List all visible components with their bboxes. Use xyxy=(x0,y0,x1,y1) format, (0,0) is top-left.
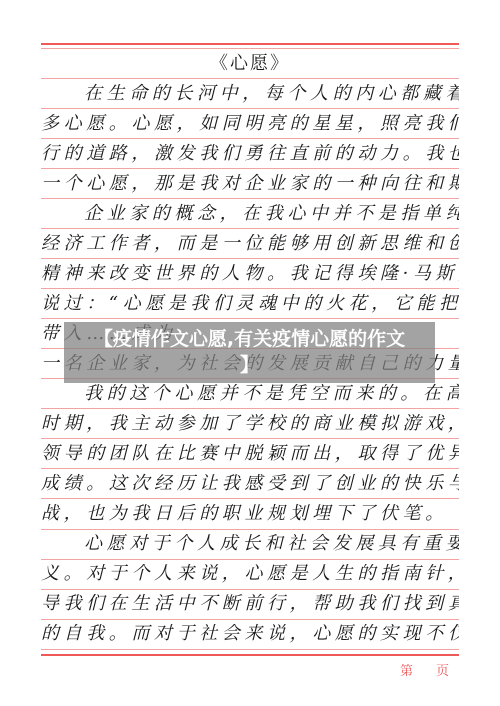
text-line: 在生命的长河中，每个人的内心都藏着许 xyxy=(41,79,459,109)
text-line: 导我们在生活中不断前行，帮助我们找到真正 xyxy=(41,589,459,619)
text-line: 成绩。这次经历让我感受到了创业的快乐与挑 xyxy=(41,469,459,499)
bottom-border-thin xyxy=(41,649,459,650)
essay-title: 《心愿》 xyxy=(41,50,459,78)
text-line: 我的这个心愿并不是凭空而来的。在高中 xyxy=(41,379,459,409)
page-label-page: 页 xyxy=(436,660,449,679)
text-line: 领导的团队在比赛中脱颖而出，取得了优异的 xyxy=(41,439,459,469)
text-line: 企业家的概念，在我心中并不是指单纯的 xyxy=(41,199,459,229)
text-line: 战，也为我日后的职业规划埋下了伏笔。 xyxy=(41,499,459,529)
text-line: 精神来改变世界的人物。我记得埃隆·马斯克曾 xyxy=(41,259,459,289)
text-line: 的自我。而对于社会来说，心愿的实现不仅可 xyxy=(41,619,459,649)
text-line: 时期，我主动参加了学校的商业模拟游戏，我 xyxy=(41,409,459,439)
text-line: 说过：“心愿是我们灵魂中的火花，它能把我们 xyxy=(41,289,459,319)
page-label-first: 第 xyxy=(400,660,413,679)
text-line: 行的道路，激发我们勇往直前的动力。我也有 xyxy=(41,139,459,169)
bottom-border-thick xyxy=(41,654,459,656)
text-line: 心愿对于个人成长和社会发展具有重要意 xyxy=(41,529,459,559)
notebook-page: 《心愿》 在生命的长河中，每个人的内心都藏着许 多心愿。心愿，如同明亮的星星，照… xyxy=(0,0,500,706)
banner-title-line-1: 【疫情作文心愿,有关疫情心愿的作文 xyxy=(70,326,429,352)
text-line: 一个心愿，那是我对企业家的一种向往和期待。 xyxy=(41,169,459,199)
top-border-thin xyxy=(41,48,459,49)
banner-title-line-2: 】 xyxy=(70,352,429,378)
text-line: 经济工作者，而是一位能够用创新思维和创业 xyxy=(41,229,459,259)
text-line: 义。对于个人来说，心愿是人生的指南针，它引 xyxy=(41,559,459,589)
text-line: 多心愿。心愿，如同明亮的星星，照亮我们前 xyxy=(41,109,459,139)
top-border-thick xyxy=(41,43,459,45)
article-title-banner[interactable]: 【疫情作文心愿,有关疫情心愿的作文 】 xyxy=(64,322,435,383)
